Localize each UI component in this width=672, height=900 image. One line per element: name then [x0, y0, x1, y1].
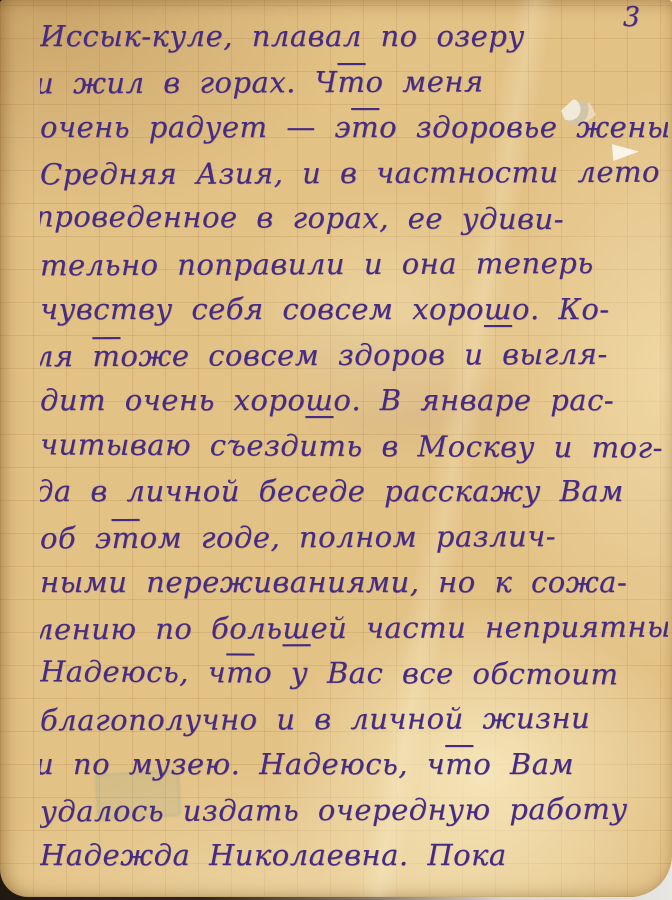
text-segment: о. В январе рас- [333, 383, 614, 417]
underlined-letter: ш [484, 292, 512, 326]
text-segment: ей части неприятными. [310, 609, 668, 645]
handwriting-line: ными переживаниями, но к сожа- [40, 560, 668, 606]
text-segment: очень радует — э [40, 110, 351, 144]
text-segment: о. Ко- [512, 292, 610, 326]
text-segment: читываю съездить в Москву и тог- [40, 427, 663, 464]
handwriting-line: лению по большей части неприятными. [40, 604, 668, 652]
text-segment: да в личной беседе расскажу Вам [40, 474, 624, 508]
handwriting-line: Иссык-куле, плавал по озеру [40, 14, 668, 60]
text-segment: и жил в горах. Ч [40, 65, 338, 100]
overlined-letter: т [445, 747, 473, 781]
text-segment: благополучно и в личной жизни [40, 700, 590, 736]
handwriting-line: Средняя Азия, и в частности лето [40, 149, 668, 197]
text-segment: ом годе, полном различ- [140, 519, 557, 555]
overlined-letter: т [226, 655, 254, 689]
text-segment: о здоровье жены! [379, 110, 668, 144]
text-segment: оже совсем здоров и выгля- [120, 336, 607, 372]
text-segment: о Вам [473, 747, 574, 781]
overlined-letter: т [112, 520, 140, 554]
scan-background: 3 Иссык-куле, плавал по озеруи жил в гор… [0, 0, 672, 900]
underlined-letter: ш [305, 383, 333, 417]
handwriting-line: и по музею. Надеюсь, что Вам [40, 742, 668, 788]
handwriting-line: чувству себя совсем хорошо. Ко- [40, 287, 668, 333]
overlined-letter: т [351, 110, 379, 144]
text-segment: удалось издать очередную работу [40, 791, 628, 828]
text-segment: дит очень хоро [40, 383, 305, 417]
handwriting-line: удалось издать очередную работу [40, 786, 668, 834]
text-segment: чувству себя совсем хоро [40, 292, 484, 326]
handwriting-line: тельно поправили и она теперь [40, 240, 668, 288]
text-segment: о меня [365, 64, 483, 99]
text-segment: тельно поправили и она теперь [40, 245, 594, 281]
text-segment: и по музею. Надеюсь, ч [40, 747, 445, 781]
text-segment: Надежда Николаевна. Пока [40, 838, 507, 872]
overlined-letter: т [337, 64, 365, 98]
handwriting-line: проведенное в горах, ее удиви- [40, 194, 668, 243]
text-segment: ля [40, 339, 92, 373]
letter-page: 3 Иссык-куле, плавал по озеруи жил в гор… [0, 0, 672, 897]
underlined-letter: ш [282, 611, 310, 645]
text-segment: Средняя Азия, и в частности лето [40, 154, 660, 191]
handwriting-line: дит очень хорошо. В январе рас- [40, 378, 668, 424]
text-segment: о у Вас все обстоит [254, 655, 619, 691]
handwriting-line: ля тоже совсем здоров и выгля- [40, 331, 668, 379]
letter-body: Иссык-куле, плавал по озеруи жил в горах… [40, 14, 668, 897]
text-segment: Иссык-куле, плавал по озеру [40, 19, 525, 53]
handwriting-line: и жил в горах. Что меня [40, 58, 668, 106]
handwriting-line: да в личной беседе расскажу Вам [40, 469, 668, 515]
handwriting-line: Надежда Николаевна. Пока [40, 833, 668, 879]
handwriting-line: очень радует — это здоровье жены! [40, 105, 668, 151]
text-segment: Надеюсь, ч [40, 654, 226, 689]
overlined-letter: т [92, 339, 120, 373]
text-segment: проведенное в горах, ее удиви- [40, 199, 564, 236]
handwriting-line: благополучно и в личной жизни [40, 695, 668, 743]
handwriting-line: Надеюсь, что у Вас все обстоит [40, 649, 668, 698]
text-segment: ными переживаниями, но к сожа- [40, 565, 627, 599]
handwriting-line: об этом годе, полном различ- [40, 513, 668, 561]
handwriting-line: читываю съездить в Москву и тог- [40, 422, 668, 471]
text-segment: об э [40, 521, 112, 555]
text-segment: лению по боль [40, 611, 283, 646]
